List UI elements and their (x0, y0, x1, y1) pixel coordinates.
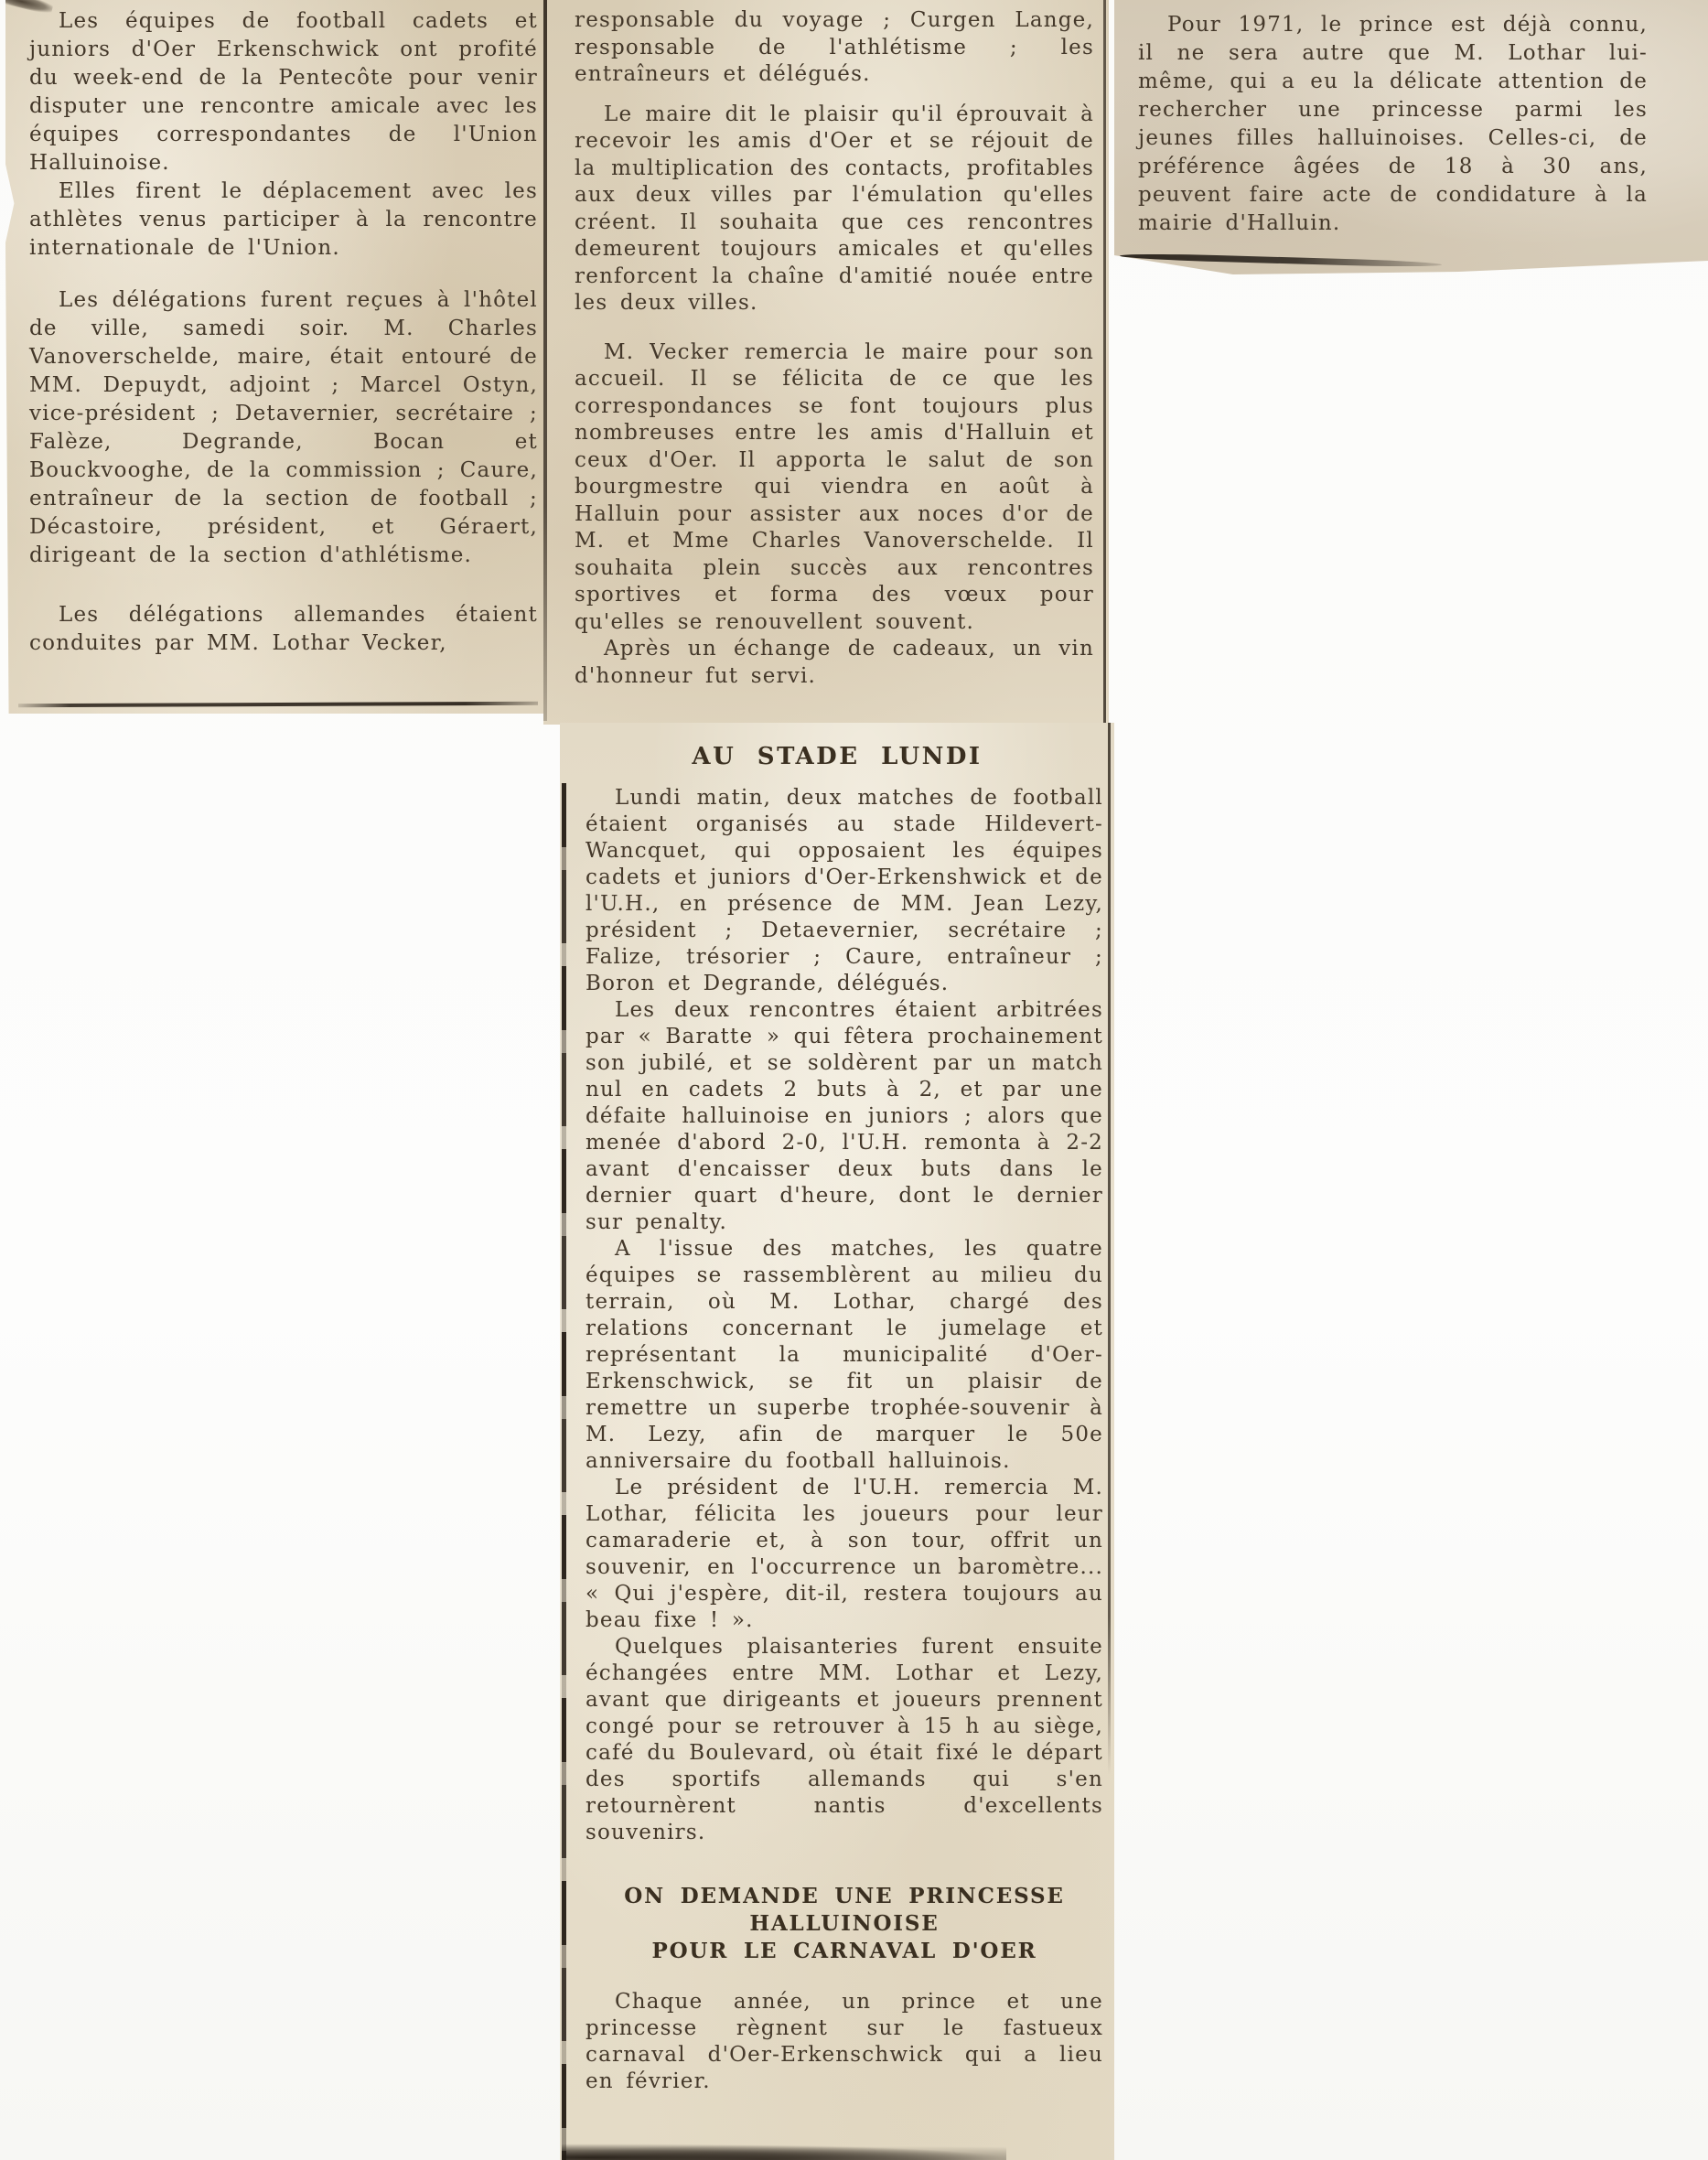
subheading-line: POUR LE CARNAVAL D'OER (585, 1938, 1103, 1965)
paragraph: Le président de l'U.H. remercia M. Lotha… (585, 1475, 1103, 1634)
clipping-column-left: Les équipes de football cadets et junior… (5, 0, 547, 714)
column-middle-bottom-text: Lundi matin, deux matches de football ét… (560, 785, 1114, 2095)
subheading-line: HALLUINOISE (585, 1910, 1103, 1938)
paragraph: A l'issue des matches, les quatre équipe… (585, 1236, 1103, 1475)
section-heading-princesse: ON DEMANDE UNE PRINCESSE HALLUINOISE POU… (585, 1883, 1103, 1965)
paragraph: Pour 1971, le prince est déjà connu, il … (1138, 11, 1648, 238)
clipping-column-middle-bottom: AU STADE LUNDI Lundi matin, deux matches… (560, 723, 1114, 2160)
column-right-text: Pour 1971, le prince est déjà connu, il … (1114, 0, 1708, 238)
subheading-line: ON DEMANDE UNE PRINCESSE (585, 1883, 1103, 1910)
column-left-text: Les équipes de football cadets et junior… (5, 0, 547, 658)
paragraph: Après un échange de cadeaux, un vin d'ho… (575, 636, 1094, 690)
paragraph: Quelques plaisanteries furent ensuite éc… (585, 1634, 1103, 1846)
paragraph: Les délégations furent reçues à l'hôtel … (29, 286, 538, 570)
paragraph: Elles firent le déplacement avec les ath… (29, 177, 538, 263)
paragraph: Le maire dit le plaisir qu'il éprouvait … (575, 102, 1094, 317)
paragraph: Les équipes de football cadets et junior… (29, 7, 538, 177)
clipping-column-middle-top: responsable du voyage ; Curgen Lange, re… (543, 0, 1109, 725)
paragraph: Lundi matin, deux matches de football ét… (585, 785, 1103, 997)
newspaper-scan-page: { "palette": { "paper_tan": "#d9cdb6", "… (0, 0, 1708, 2160)
column-middle-top-text: responsable du voyage ; Curgen Lange, re… (543, 0, 1109, 690)
section-heading-au-stade-lundi: AU STADE LUNDI (560, 743, 1114, 770)
paragraph: M. Vecker remercia le maire pour son acc… (575, 339, 1094, 637)
scan-edge-smudge (562, 2144, 1006, 2160)
clipping-column-right: Pour 1971, le prince est déjà connu, il … (1114, 0, 1708, 274)
paragraph: Les délégations allemandes étaient condu… (29, 601, 538, 658)
paragraph: Les deux rencontres étaient arbitrées pa… (585, 997, 1103, 1236)
paragraph: responsable du voyage ; Curgen Lange, re… (575, 7, 1094, 89)
paragraph: Chaque année, un prince et une princesse… (585, 1989, 1103, 2095)
